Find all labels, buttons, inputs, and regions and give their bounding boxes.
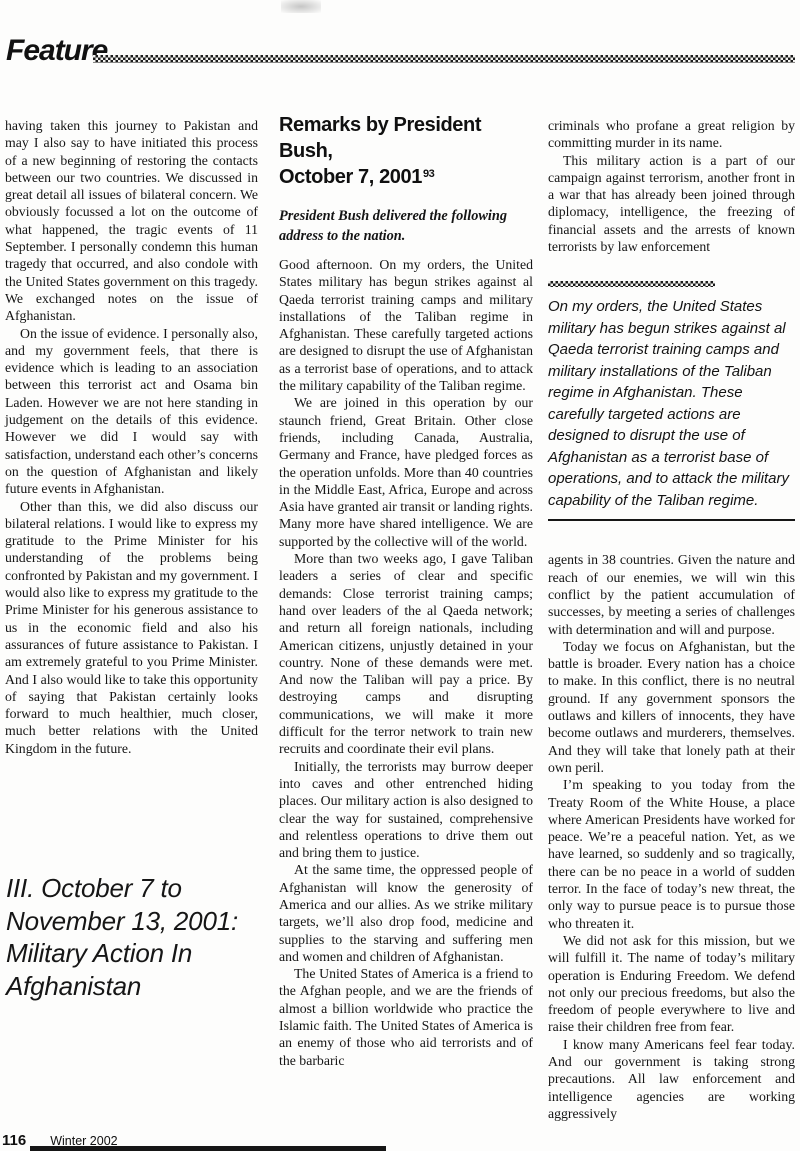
pull-quote-decorative-band <box>548 281 715 287</box>
paragraph: Good afternoon. On my orders, the United… <box>279 256 533 394</box>
section-heading-line: Afghanistan <box>6 970 268 1003</box>
pull-quote-text: On my orders, the United States military… <box>548 296 795 521</box>
journal-page: Feature having taken this journey to Pak… <box>0 0 800 1151</box>
paragraph: We did not ask for this mission, but we … <box>548 932 795 1036</box>
pull-quote: On my orders, the United States military… <box>548 281 795 521</box>
column-left: having taken this journey to Pakistan an… <box>5 117 258 757</box>
column-right: criminals who profane a great religion b… <box>548 117 795 1122</box>
article-title-line: October 7, 2001 <box>279 166 422 188</box>
paragraph: agents in 38 countries. Given the nature… <box>548 551 795 637</box>
paragraph: The United States of America is a friend… <box>279 965 533 1069</box>
paragraph: Other than this, we did also discuss our… <box>5 498 258 757</box>
page-number: 116 <box>2 1132 26 1149</box>
paragraph: Initially, the terrorists may burrow dee… <box>279 758 533 862</box>
paragraph: More than two weeks ago, I gave Taliban … <box>279 550 533 758</box>
paragraph: On the issue of evidence. I personally a… <box>5 325 258 498</box>
article-deck: President Bush delivered the following a… <box>279 207 533 246</box>
article-title-line: Remarks by President Bush, <box>279 114 481 162</box>
paragraph: I know many Americans feel fear today. A… <box>548 1036 795 1122</box>
footnote-reference: 93 <box>423 168 434 180</box>
column-middle: Remarks by President Bush, October 7, 20… <box>279 112 533 1069</box>
paragraph: At the same time, the oppressed people o… <box>279 861 533 965</box>
scan-smudge-artifact <box>281 0 321 13</box>
paragraph: having taken this journey to Pakistan an… <box>5 117 258 325</box>
paragraph: criminals who profane a great religion b… <box>548 117 795 152</box>
article-title: Remarks by President Bush, October 7, 20… <box>279 112 533 193</box>
section-heading: III. October 7 to November 13, 2001: Mil… <box>6 872 268 1002</box>
section-heading-line: III. October 7 to <box>6 872 268 905</box>
paragraph: We are joined in this operation by our s… <box>279 394 533 550</box>
masthead-decorative-band <box>93 55 795 63</box>
section-heading-line: Military Action In <box>6 937 268 970</box>
paragraph: Today we focus on Afghanistan, but the b… <box>548 638 795 776</box>
paragraph: I’m speaking to you today from the Treat… <box>548 776 795 932</box>
scan-edge-bar-artifact <box>30 1146 386 1151</box>
paragraph: This military action is a part of our ca… <box>548 152 795 256</box>
section-heading-line: November 13, 2001: <box>6 905 268 938</box>
